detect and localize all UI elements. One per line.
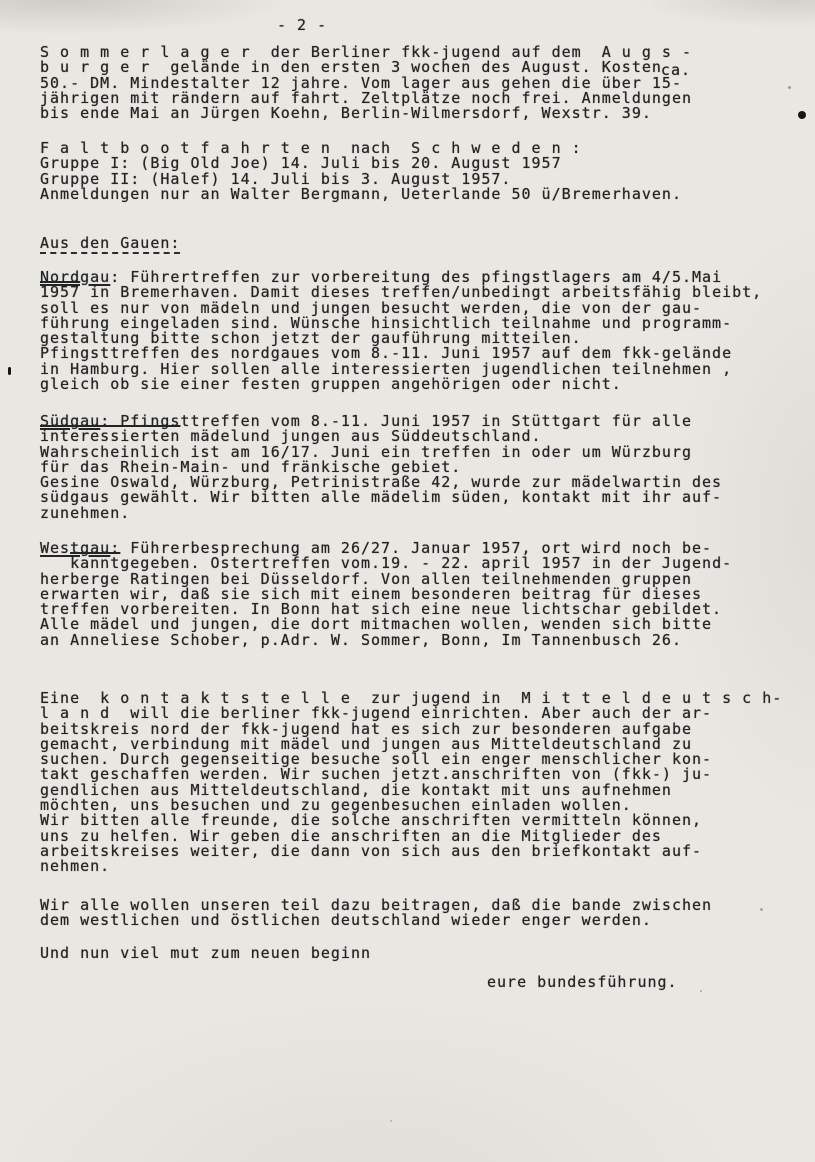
para-sommerlager: S o m m e r l a g e r der Berliner fkk-j… bbox=[40, 45, 692, 121]
para-kontaktstelle: Eine k o n t a k t s t e l l e zur jugen… bbox=[40, 691, 782, 875]
para-faltbootfahrten: F a l t b o o t f a h r t e n nach S c h… bbox=[40, 141, 682, 202]
para-schlusswort: Wir alle wollen unseren teil dazu beitra… bbox=[40, 898, 712, 929]
para-westgau: Westgau: Führerbesprechung am 26/27. Jan… bbox=[40, 541, 732, 648]
para-suedgau: Südgau: Pfingsttreffen vom 8.-11. Juni 1… bbox=[40, 414, 722, 521]
text-line: dem westlichen und östlichen deutschland… bbox=[40, 913, 712, 928]
typewritten-page: - 2 -S o m m e r l a g e r der Berliner … bbox=[0, 0, 815, 1162]
text-segment: Anmeldungen nur an Walter Bergmann, Uete… bbox=[40, 185, 682, 203]
text-line: zunehmen. bbox=[40, 506, 722, 521]
text-segment: arbeitskreises weiter, die dann von sich… bbox=[40, 842, 702, 860]
text-segment: zunehmen. bbox=[40, 504, 130, 522]
text-segment: - 2 - bbox=[277, 16, 327, 34]
text-line: bis ende Mai an Jürgen Koehn, Berlin-Wil… bbox=[40, 106, 692, 121]
text-line: gleich ob sie einer festen gruppen angeh… bbox=[40, 377, 762, 392]
text-segment: Und nun viel mut zum neuen beginn bbox=[40, 944, 371, 962]
page-number: - 2 - bbox=[277, 18, 327, 33]
text-line: Aus den Gauen: bbox=[40, 236, 180, 251]
ink-dot bbox=[798, 111, 806, 119]
margin-mark bbox=[8, 367, 11, 375]
text-line: an Anneliese Schober, p.Adr. W. Sommer, … bbox=[40, 633, 732, 648]
paper-speck bbox=[788, 86, 791, 89]
text-segment: nehmen. bbox=[40, 857, 110, 875]
text-segment: bis ende Mai an Jürgen Koehn, Berlin-Wil… bbox=[40, 104, 652, 122]
heading-aus-den-gauen: Aus den Gauen: bbox=[40, 236, 180, 251]
para-nordgau: Nordgau: Führertreffen zur vorbereitung … bbox=[40, 270, 762, 392]
text-segment: eure bundesführung. bbox=[487, 973, 678, 991]
paper-speck bbox=[760, 908, 763, 911]
text-segment: an Anneliese Schober, p.Adr. W. Sommer, … bbox=[40, 631, 682, 649]
text-line: nehmen. bbox=[40, 859, 782, 874]
text-segment: ca. bbox=[661, 61, 691, 79]
text-line: arbeitskreises weiter, die dann von sich… bbox=[40, 844, 782, 859]
para-beginn: Und nun viel mut zum neuen beginn bbox=[40, 946, 371, 961]
text-segment: Aus den Gauen: bbox=[40, 234, 180, 254]
signature: eure bundesführung. bbox=[487, 975, 678, 990]
text-line: eure bundesführung. bbox=[487, 975, 678, 990]
text-line: Und nun viel mut zum neuen beginn bbox=[40, 946, 371, 961]
paper-speck bbox=[700, 990, 702, 992]
text-line: Anmeldungen nur an Walter Bergmann, Uete… bbox=[40, 187, 682, 202]
text-segment: südgaus gewählt. Wir bitten alle mädelim… bbox=[40, 488, 722, 506]
paper-speck bbox=[390, 1120, 392, 1122]
text-segment: gleich ob sie einer festen gruppen angeh… bbox=[40, 375, 622, 393]
text-line: - 2 - bbox=[277, 18, 327, 33]
text-line: südgaus gewählt. Wir bitten alle mädelim… bbox=[40, 490, 722, 505]
text-segment: dem westlichen und östlichen deutschland… bbox=[40, 911, 652, 929]
